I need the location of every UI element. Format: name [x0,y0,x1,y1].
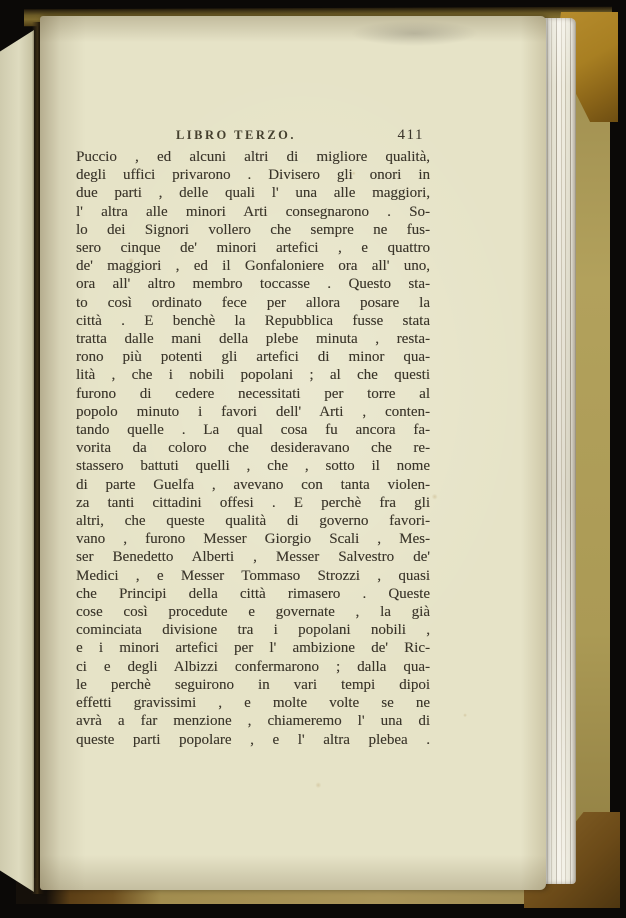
body-text-line: ora all' altro membro toccasse . Questo … [76,275,430,293]
body-text-line: Puccio , ed alcuni altri di migliore qua… [76,148,430,166]
body-text-line: cose così procedute e governate , la già [76,603,430,621]
body-text-line: ser Benedetto Alberti , Messer Salvestro… [76,548,430,566]
body-text-line: stassero battuti quelli , che , sotto il… [76,457,430,475]
body-text-line: l' altra alle minori Arti consegnarono .… [76,203,430,221]
body-text-line: tratta dalle mani della plebe minuta , r… [76,330,430,348]
body-text: Puccio , ed alcuni altri di migliore qua… [76,148,430,749]
body-text-line: to così ordinato fece per allora posare … [76,294,430,312]
body-text-line: di parte Guelfa , avevano con tanta viol… [76,476,430,494]
page-number: 411 [398,127,424,144]
body-text-line: tando quelle . La qual cosa fu ancora fa… [76,421,430,439]
body-text-line: avrà a far menzione , chiameremo l' una … [76,712,430,730]
body-text-line: altri, che queste qualità di governo fav… [76,512,430,530]
body-text-line: che Principi della città rimasero . Ques… [76,585,430,603]
body-text-line: za tanti cittadini offesi . E perchè fra… [76,494,430,512]
body-text-line: le perchè seguirono in vari tempi dipoi [76,676,430,694]
body-text-line: ci e degli Albizzi confermarono ; dalla … [76,658,430,676]
body-text-line: degli uffici privarono . Divisero gli on… [76,166,430,184]
body-text-line: rono più potenti gli artefici di minor q… [76,348,430,366]
body-text-line: vorita da coloro che desideravano che re… [76,439,430,457]
body-text-line: Medici , e Messer Tommaso Strozzi , quas… [76,567,430,585]
body-text-line: lo dei Signori vollero che sempre ne fus… [76,221,430,239]
book-photo: LIBRO TERZO. 411 Puccio , ed alcuni altr… [0,0,626,918]
body-text-line: due parti , delle quali l' una alle magg… [76,184,430,202]
running-title: LIBRO TERZO. [76,128,396,143]
body-text-line: de' maggiori , ed il Gonfaloniere ora al… [76,257,430,275]
body-text-line: furono di cedere necessitati per torre a… [76,385,430,403]
body-text-line: queste parti popolare , e l' altra plebe… [76,731,430,749]
body-text-line: popolo minuto i favori dell' Arti , cont… [76,403,430,421]
body-text-line: vano , furono Messer Giorgio Scali , Mes… [76,530,430,548]
body-text-line: e i minori artefici per l' ambizione de'… [76,639,430,657]
running-head: LIBRO TERZO. 411 [76,128,430,147]
body-text-line: effetti gravissimi , e molte volte se ne [76,694,430,712]
body-text-line: lità , che i nobili popolani ; al che qu… [76,366,430,384]
body-text-line: sero cinque de' minori artefici , e quat… [76,239,430,257]
text-block: LIBRO TERZO. 411 Puccio , ed alcuni altr… [76,128,430,749]
body-text-line: città . E benchè la Repubblica fusse sta… [76,312,430,330]
facing-page-sliver [0,30,34,892]
body-text-line: cominciata divisione tra i popolani nobi… [76,621,430,639]
